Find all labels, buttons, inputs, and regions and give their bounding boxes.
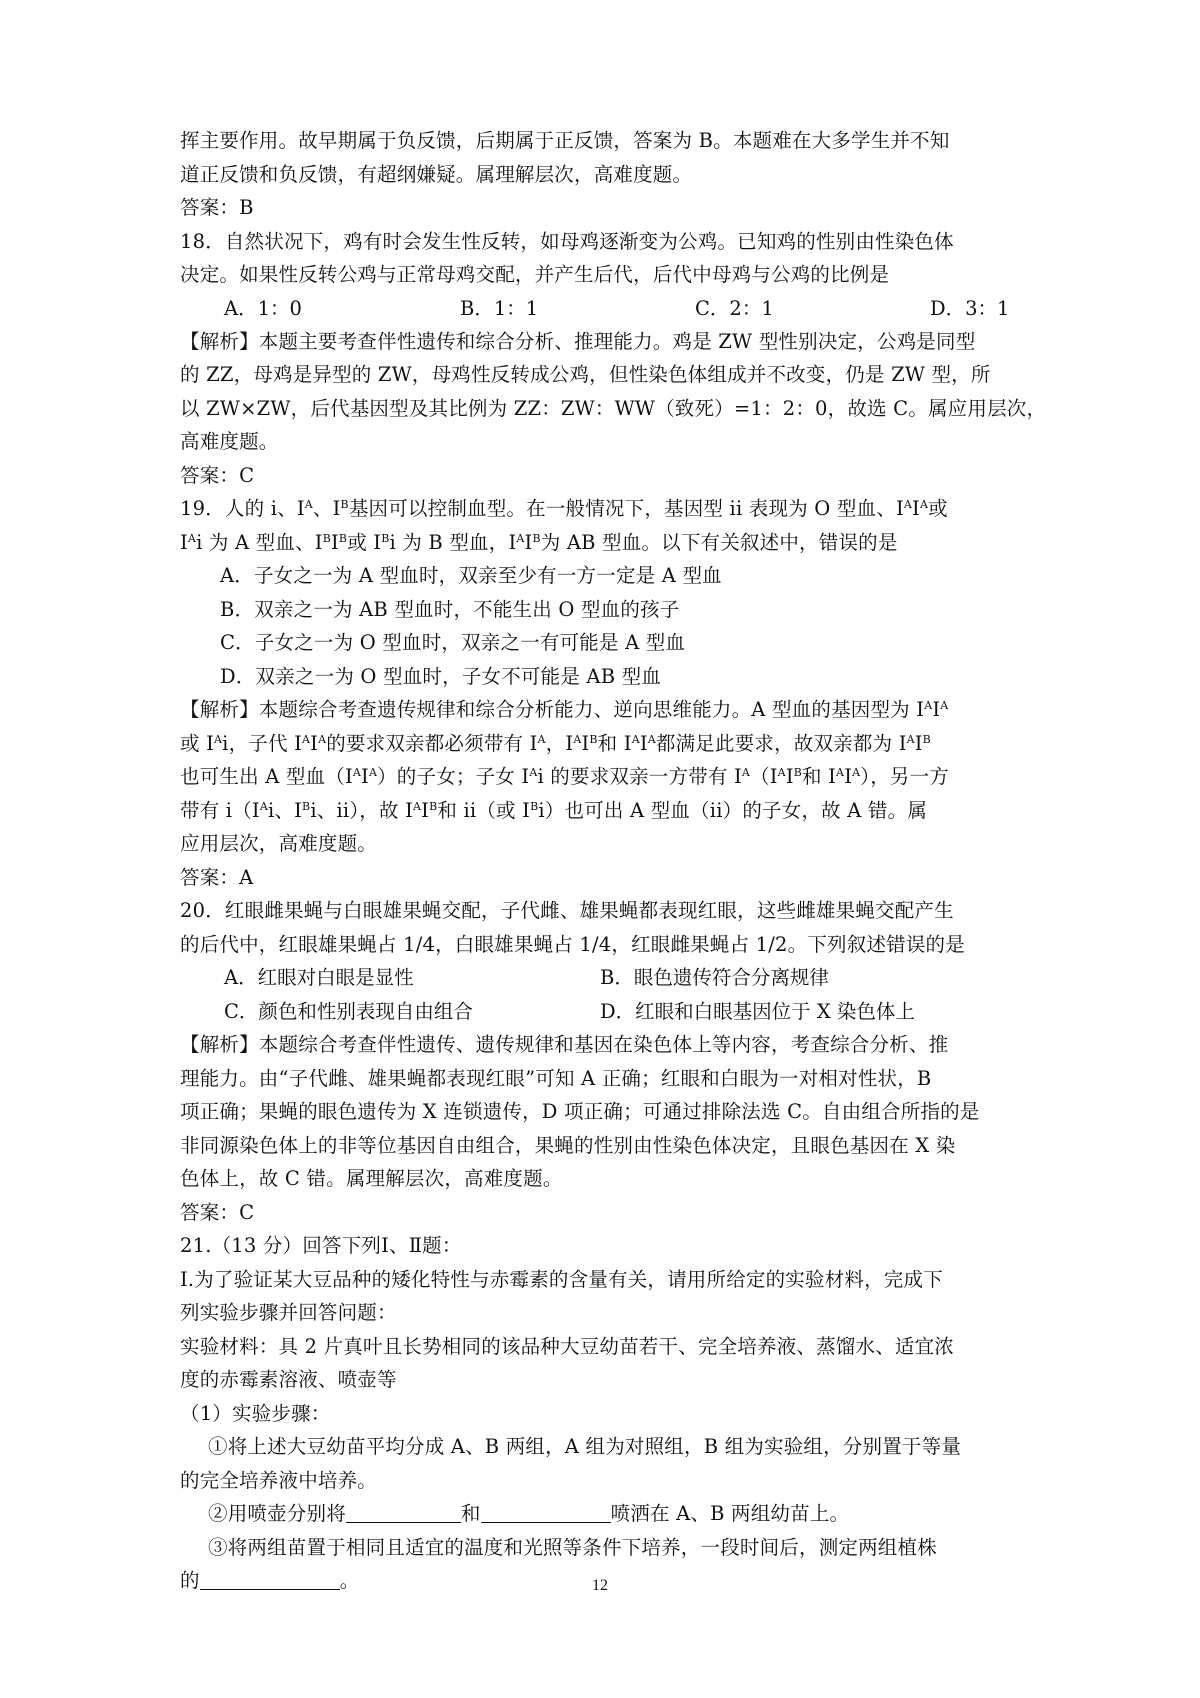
text-run: 20．红眼雌果蝇与白眼雄果蝇交配，子代雌、雄果蝇都表现红眼，这些雌雄果蝇交配产生 bbox=[180, 899, 954, 922]
text-run: 、I bbox=[313, 497, 341, 520]
superscript: B bbox=[323, 532, 331, 545]
page-number: 12 bbox=[0, 1577, 1200, 1595]
document-page: 挥主要作用。故早期属于负反馈，后期属于正反馈，答案为 B。本题难在大多学生并不知… bbox=[0, 0, 1200, 1698]
superscript: A bbox=[318, 733, 326, 746]
text-run: 以 ZW×ZW，后代基因型及其比例为 ZZ：ZW：WW（致死）=1：2：0，故选… bbox=[180, 397, 1046, 420]
text-run: i 为 B 型血，I bbox=[390, 531, 517, 554]
text-line: 18．自然状况下，鸡有时会发生性反转，如母鸡逐渐变为公鸡。已知鸡的性别由性染色体 bbox=[180, 230, 1020, 254]
text-run: I bbox=[844, 765, 852, 788]
option-row: C．颜色和性别表现自由组合D．红眼和白眼基因位于 X 染色体上 bbox=[180, 1000, 1020, 1024]
superscript: A bbox=[648, 733, 656, 746]
text-line: 非同源染色体上的非等位基因自由组合，果蝇的性别由性染色体决定，且眼色基因在 X … bbox=[180, 1134, 1020, 1158]
text-line: 答案：B bbox=[180, 196, 1020, 220]
text-run: 答案：A bbox=[180, 866, 253, 889]
text-run: I bbox=[331, 531, 339, 554]
text-line: D．双亲之一为 O 型血时，子女不可能是 AB 型血 bbox=[180, 665, 1060, 689]
text-run: 18．自然状况下，鸡有时会发生性反转，如母鸡逐渐变为公鸡。已知鸡的性别由性染色体 bbox=[180, 230, 954, 253]
text-line: 19．人的 i、IA、IB基因可以控制血型。在一般情况下，基因型 ii 表现为 … bbox=[180, 497, 1020, 521]
text-run: I bbox=[361, 765, 369, 788]
text-line: 【解析】本题综合考查伴性遗传、遗传规律和基因在染色体上等内容，考查综合分析、推 bbox=[180, 1033, 1020, 1057]
superscript: B bbox=[794, 766, 802, 779]
superscript: A bbox=[940, 699, 948, 712]
text-run: 【解析】本题综合考查伴性遗传、遗传规律和基因在染色体上等内容，考查综合分析、推 bbox=[180, 1033, 948, 1056]
text-run: I bbox=[912, 497, 920, 520]
text-run: 和 ii（或 I bbox=[437, 799, 530, 822]
superscript: A bbox=[778, 766, 786, 779]
text-run: 和 bbox=[461, 1502, 481, 1525]
text-run: i、I bbox=[268, 799, 302, 822]
superscript: A bbox=[214, 733, 222, 746]
superscript: B bbox=[532, 532, 540, 545]
text-run: 的 ZZ，母鸡是异型的 ZW，母鸡性反转成公鸡，但性染色体组成并不改变，仍是 Z… bbox=[180, 363, 991, 386]
text-line: 也可生出 A 型血（IAIA）的子女；子女 IAi 的要求双亲一方带有 IA（I… bbox=[180, 765, 1020, 789]
text-run: 非同源染色体上的非等位基因自由组合，果蝇的性别由性染色体决定，且眼色基因在 X … bbox=[180, 1134, 955, 1157]
text-run: 【解析】本题综合考查遗传规律和综合分析能力、逆向思维能力。A 型血的基因型为 I bbox=[180, 698, 924, 721]
text-run: 和 I bbox=[598, 732, 632, 755]
text-run: 21.（13 分）回答下列Ⅰ、Ⅱ题： bbox=[180, 1234, 462, 1257]
text-run: 高难度题。 bbox=[180, 430, 279, 453]
text-line: 项正确；果蝇的眼色遗传为 X 连锁遗传，D 项正确；可通过排除法选 C。自由组合… bbox=[180, 1100, 1020, 1124]
text-run: （1）实验步骤： bbox=[180, 1402, 331, 1425]
text-run: i 的要求双亲一方带有 I bbox=[537, 765, 741, 788]
text-run: （I bbox=[750, 765, 778, 788]
answer-option: C．颜色和性别表现自由组合 bbox=[224, 1000, 473, 1024]
text-line: 道正反馈和负反馈，有超纲嫌疑。属理解层次，高难度题。 bbox=[180, 163, 1020, 187]
text-line: 列实验步骤并回答问题： bbox=[180, 1301, 1020, 1325]
text-run: 【解析】本题主要考查伴性遗传和综合分析、推理能力。鸡是 ZW 型性别决定，公鸡是… bbox=[180, 330, 975, 353]
answer-option: B．眼色遗传符合分离规律 bbox=[600, 966, 829, 990]
text-line: 21.（13 分）回答下列Ⅰ、Ⅱ题： bbox=[180, 1234, 1020, 1258]
text-run: 基因可以控制血型。在一般情况下，基因型 ii 表现为 O 型血、I bbox=[349, 497, 904, 520]
superscript: B bbox=[589, 733, 597, 746]
text-run: Ⅰ.为了验证某大豆品种的矮化特性与赤霉素的含量有关，请用所给定的实验材料，完成下 bbox=[180, 1268, 943, 1291]
text-run: 的后代中，红眼雄果蝇占 1/4，白眼雄果蝇占 1/4，红眼雌果蝇占 1/2。下列… bbox=[180, 933, 965, 956]
text-run: 决定。如果性反转公鸡与正常母鸡交配，并产生后代，后代中母鸡与公鸡的比例是 bbox=[180, 263, 889, 286]
text-run: 的要求双亲都必须带有 I bbox=[326, 732, 537, 755]
superscript: B bbox=[923, 733, 931, 746]
text-run: 项正确；果蝇的眼色遗传为 X 连锁遗传，D 项正确；可通过排除法选 C。自由组合… bbox=[180, 1100, 980, 1123]
text-line: 以 ZW×ZW，后代基因型及其比例为 ZZ：ZW：WW（致死）=1：2：0，故选… bbox=[180, 397, 1020, 421]
superscript: A bbox=[302, 733, 310, 746]
text-line: （1）实验步骤： bbox=[180, 1402, 1020, 1426]
text-run: 为 AB 型血。以下有关叙述中，错误的是 bbox=[541, 531, 898, 554]
option-row: A．1：0B．1：1C．2：1D．3：1 bbox=[180, 297, 1020, 321]
answer-option: A．红眼对白眼是显性 bbox=[224, 966, 414, 990]
superscript: A bbox=[305, 498, 313, 511]
text-run: i，子代 I bbox=[222, 732, 302, 755]
text-run: I bbox=[915, 732, 923, 755]
text-line: Ⅰ.为了验证某大豆品种的矮化特性与赤霉素的含量有关，请用所给定的实验材料，完成下 bbox=[180, 1268, 1020, 1292]
text-run: D．双亲之一为 O 型血时，子女不可能是 AB 型血 bbox=[220, 665, 661, 688]
option-row: A．红眼对白眼是显性B．眼色遗传符合分离规律 bbox=[180, 966, 1020, 990]
text-line: 的完全培养液中培养。 bbox=[180, 1469, 1020, 1493]
text-line: 答案：C bbox=[180, 464, 1020, 488]
text-line: 应用层次，高难度题。 bbox=[180, 832, 1020, 856]
text-run: B．双亲之一为 AB 型血时，不能生出 O 型血的孩子 bbox=[220, 598, 679, 621]
text-line: 的后代中，红眼雄果蝇占 1/4，白眼雄果蝇占 1/4，红眼雌果蝇占 1/2。下列… bbox=[180, 933, 1020, 957]
text-line: 【解析】本题主要考查伴性遗传和综合分析、推理能力。鸡是 ZW 型性别决定，公鸡是… bbox=[180, 330, 1020, 354]
text-run: 答案：B bbox=[180, 196, 254, 219]
superscript: A bbox=[907, 733, 915, 746]
text-run: 或 I bbox=[180, 732, 214, 755]
text-line: 度的赤霉素溶液、喷壶等 bbox=[180, 1368, 1020, 1392]
superscript: A bbox=[836, 766, 844, 779]
text-line: 带有 i（IAi、IBi、ii），故 IAIB和 ii（或 IBi）也可出 A … bbox=[180, 799, 1020, 823]
superscript: A bbox=[413, 800, 421, 813]
answer-option: A．1：0 bbox=[224, 297, 302, 321]
text-run: i 为 A 型血、I bbox=[196, 531, 323, 554]
text-line: 答案：A bbox=[180, 866, 1020, 890]
text-run: 答案：C bbox=[180, 464, 254, 487]
superscript: A bbox=[904, 498, 912, 511]
text-run: 实验材料：具 2 片真叶且长势相同的该品种大豆幼苗若干、完全培养液、蒸馏水、适宜… bbox=[180, 1335, 954, 1358]
text-line: 高难度题。 bbox=[180, 430, 1020, 454]
text-run: 应用层次，高难度题。 bbox=[180, 832, 377, 855]
text-run: i、ii），故 I bbox=[310, 799, 413, 822]
superscript: A bbox=[538, 733, 546, 746]
text-line: 20．红眼雌果蝇与白眼雄果蝇交配，子代雌、雄果蝇都表现红眼，这些雌雄果蝇交配产生 bbox=[180, 899, 1020, 923]
superscript: A bbox=[632, 733, 640, 746]
text-line: 答案：C bbox=[180, 1201, 1020, 1225]
text-line: 决定。如果性反转公鸡与正常母鸡交配，并产生后代，后代中母鸡与公鸡的比例是 bbox=[180, 263, 1020, 287]
text-run: I bbox=[421, 799, 429, 822]
text-line: ①将上述大豆幼苗平均分成 A、B 两组，A 组为对照组，B 组为实验组，分别置于… bbox=[180, 1435, 1048, 1459]
fill-in-blank[interactable] bbox=[481, 1504, 611, 1523]
text-run: 度的赤霉素溶液、喷壶等 bbox=[180, 1368, 397, 1391]
text-run: 色体上，故 C 错。属理解层次，高难度题。 bbox=[180, 1167, 563, 1190]
text-run: 挥主要作用。故早期属于负反馈，后期属于正反馈，答案为 B。本题难在大多学生并不知 bbox=[180, 129, 950, 152]
text-line: 【解析】本题综合考查遗传规律和综合分析能力、逆向思维能力。A 型血的基因型为 I… bbox=[180, 698, 1020, 722]
text-run: 或 I bbox=[347, 531, 381, 554]
text-line: 或 IAi，子代 IAIA的要求双亲都必须带有 IA，IAIB和 IAIA都满足… bbox=[180, 732, 1020, 756]
text-line: C．子女之一为 O 型血时，双亲之一有可能是 A 型血 bbox=[180, 631, 1060, 655]
answer-option: B．1：1 bbox=[460, 297, 538, 321]
text-run: 答案：C bbox=[180, 1201, 254, 1224]
text-run: ）的子女；子女 I bbox=[377, 765, 529, 788]
text-line: 色体上，故 C 错。属理解层次，高难度题。 bbox=[180, 1167, 1020, 1191]
superscript: A bbox=[516, 532, 524, 545]
text-run: 道正反馈和负反馈，有超纲嫌疑。属理解层次，高难度题。 bbox=[180, 163, 692, 186]
superscript: A bbox=[920, 498, 928, 511]
text-line: ③将两组苗置于相同且适宜的温度和光照等条件下培养，一段时间后，测定两组植株 bbox=[180, 1536, 1048, 1560]
answer-option: C．2：1 bbox=[695, 297, 774, 321]
superscript: A bbox=[353, 766, 361, 779]
text-run: 带有 i（I bbox=[180, 799, 260, 822]
text-line: 的 ZZ，母鸡是异型的 ZW，母鸡性反转成公鸡，但性染色体组成并不改变，仍是 Z… bbox=[180, 363, 1020, 387]
superscript: A bbox=[369, 766, 377, 779]
text-run: ②用喷壶分别将 bbox=[208, 1502, 346, 1525]
fill-in-blank[interactable] bbox=[346, 1504, 461, 1523]
text-line: A．子女之一为 A 型血时，双亲至少有一方一定是 A 型血 bbox=[180, 564, 1060, 588]
text-run: I bbox=[640, 732, 648, 755]
text-run: 列实验步骤并回答问题： bbox=[180, 1301, 397, 1324]
text-line: B．双亲之一为 AB 型血时，不能生出 O 型血的孩子 bbox=[180, 598, 1060, 622]
text-run: 喷洒在 A、B 两组幼苗上。 bbox=[611, 1502, 850, 1525]
text-run: I bbox=[180, 531, 188, 554]
superscript: A bbox=[260, 800, 268, 813]
text-run: 理能力。由“子代雌、雄果蝇都表现红眼”可知 A 正确；红眼和白眼为一对相对性状，… bbox=[180, 1067, 931, 1090]
text-run: 或 bbox=[928, 497, 948, 520]
superscript: B bbox=[341, 498, 349, 511]
text-run: ，I bbox=[546, 732, 574, 755]
text-run: ），另一方 bbox=[860, 765, 949, 788]
superscript: A bbox=[188, 532, 196, 545]
text-run: C．子女之一为 O 型血时，双亲之一有可能是 A 型血 bbox=[220, 631, 685, 654]
text-run: ①将上述大豆幼苗平均分成 A、B 两组，A 组为对照组，B 组为实验组，分别置于… bbox=[208, 1435, 961, 1458]
superscript: A bbox=[742, 766, 750, 779]
text-line: 理能力。由“子代雌、雄果蝇都表现红眼”可知 A 正确；红眼和白眼为一对相对性状，… bbox=[180, 1067, 1020, 1091]
answer-option: D．红眼和白眼基因位于 X 染色体上 bbox=[600, 1000, 915, 1024]
text-run: I bbox=[786, 765, 794, 788]
text-line: 实验材料：具 2 片真叶且长势相同的该品种大豆幼苗若干、完全培养液、蒸馏水、适宜… bbox=[180, 1335, 1020, 1359]
text-run: 19．人的 i、I bbox=[180, 497, 305, 520]
text-run: A．子女之一为 A 型血时，双亲至少有一方一定是 A 型血 bbox=[220, 564, 722, 587]
text-run: 都满足此要求，故双亲都为 I bbox=[656, 732, 907, 755]
text-run: 的完全培养液中培养。 bbox=[180, 1469, 377, 1492]
answer-option: D．3：1 bbox=[930, 297, 1009, 321]
superscript: B bbox=[381, 532, 389, 545]
text-run: i）也可出 A 型血（ii）的子女，故 A 错。属 bbox=[538, 799, 927, 822]
text-run: 也可生出 A 型血（I bbox=[180, 765, 353, 788]
text-run: ③将两组苗置于相同且适宜的温度和光照等条件下培养，一段时间后，测定两组植株 bbox=[208, 1536, 937, 1559]
text-line: ②用喷壶分别将和喷洒在 A、B 两组幼苗上。 bbox=[180, 1502, 1048, 1526]
superscript: B bbox=[339, 532, 347, 545]
text-run: I bbox=[310, 732, 318, 755]
text-run: 和 I bbox=[802, 765, 836, 788]
text-line: 挥主要作用。故早期属于负反馈，后期属于正反馈，答案为 B。本题难在大多学生并不知 bbox=[180, 129, 1020, 153]
text-line: IAi 为 A 型血、IBIB或 IBi 为 B 型血，IAIB为 AB 型血。… bbox=[180, 531, 1020, 555]
